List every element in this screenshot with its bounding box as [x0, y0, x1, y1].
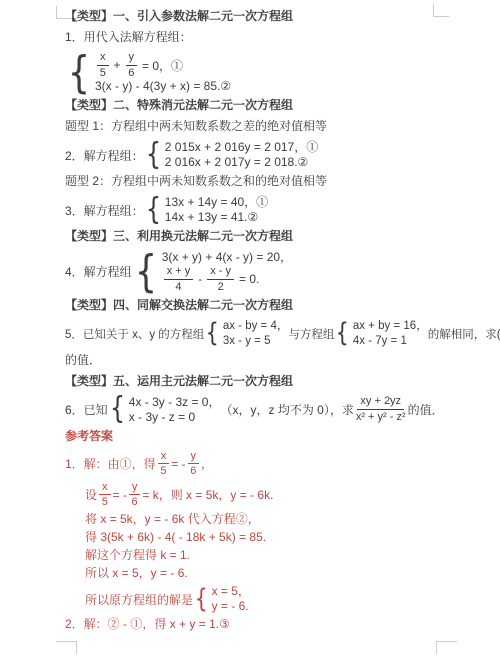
equation-tail: = 0，① [142, 57, 183, 74]
answer-1-line-7: 所以原方程组的解是 { x = 5， y = - 6. [85, 584, 488, 614]
question-3: 3．解方程组： { 13x + 14y = 40，① 14x + 13y = 4… [65, 195, 488, 225]
question-2-label: 2．解方程组： [65, 147, 144, 164]
fraction-numerator: y [129, 481, 141, 496]
subtype-1-label: 题型 1：方程组中两未知数系数之差的绝对值相等 [65, 119, 488, 134]
equation-line: 3(x + y) + 4(x - y) = 20， [162, 250, 292, 265]
question-5: 5．已知关于 x、y 的方程组 { ax - by = 4， 3x - y = … [65, 319, 488, 349]
answer-1-line-2: 设 x 5 = - y 6 = k，则 x = 5k，y = - 6k. [85, 481, 488, 509]
fraction-denominator: x² + y² - z² [356, 410, 406, 424]
equation-line: 13x + 14y = 40，① [165, 195, 268, 210]
type-5-heading: 【类型】五、运用主元法解二元一次方程组 [65, 374, 488, 389]
fraction: x + y 4 [164, 265, 194, 293]
fraction: y 6 [129, 481, 141, 509]
system-brace: { [206, 321, 219, 346]
question-3-label: 3．解方程组： [65, 202, 144, 219]
answer-1-line-6: 所以 x = 5，y = - 6. [85, 566, 488, 580]
fraction-denominator: 5 [160, 464, 166, 478]
equation-system: { 13x + 14y = 40，① 14x + 13y = 41.② [144, 195, 269, 225]
equation-line: x + y 4 - x - y 2 = 0. [162, 265, 292, 293]
question-5-intro: 5．已知关于 x、y 的方程组 [65, 326, 204, 342]
equation-system: { ax + by = 16， 4x - 7y = 1 [334, 319, 427, 349]
margin-crop-mark-bottom-left [56, 641, 77, 654]
answer-1-line-4: 得 3(5k + 6k) - 4( - 18k + 5k) = 85. [85, 530, 488, 544]
question-2: 2．解方程组： { 2 015x + 2 016y = 2 017，① 2 01… [65, 140, 488, 170]
fraction-numerator: xy + 2yz [357, 395, 404, 410]
question-6: 6．已知 { 4x - 3y - 3z = 0， x - 3y - z = 0 … [65, 395, 488, 425]
question-6-condition-text: （x，y，z 均不为 0），求 [220, 401, 353, 418]
equation-line: 2 015x + 2 016y = 2 017，① [165, 140, 318, 155]
system-brace: { [195, 587, 208, 612]
answer-text: 所以原方程组的解是 [85, 591, 193, 608]
document-content: 【类型】一、引入参数法解二元一次方程组 1．用代入法解方程组： { x 5 + … [65, 9, 488, 635]
equation-line: 3(x - y) - 4(3y + x) = 85.② [95, 79, 231, 94]
equation-line: 3x - y = 5 [223, 334, 289, 349]
equation-line: x - 3y - z = 0 [129, 410, 221, 425]
type-4-heading: 【类型】四、同解交换法解二元一次方程组 [65, 298, 488, 313]
answer-text: 设 [85, 486, 97, 503]
answer-text: ， [201, 455, 213, 472]
question-1-equation-system: { x 5 + y 6 = 0，① 3(x - y) [65, 51, 488, 94]
system-brace: { [68, 52, 90, 94]
fraction: x 5 [158, 450, 170, 478]
system-brace: { [336, 321, 349, 346]
system-brace: { [146, 196, 161, 225]
equation-line: y = - 6. [212, 599, 250, 614]
answer-text: 1．解：由①，得 [65, 455, 156, 472]
fraction: y 6 [126, 51, 138, 79]
answer-1-line-1: 1．解：由①，得 x 5 = - y 6 ， [65, 450, 488, 478]
fraction-numerator: x [99, 481, 111, 496]
question-4: 4．解方程组 { 3(x + y) + 4(x - y) = 20， x + y… [65, 250, 488, 293]
equation-line: 14x + 13y = 41.② [165, 210, 268, 225]
answer-text: = - [113, 488, 127, 502]
equation-line: 4x - 3y - 3z = 0， [129, 395, 221, 410]
fraction-numerator: x - y [207, 265, 234, 280]
minus-operator: - [198, 272, 202, 286]
fraction-numerator: x + y [164, 265, 194, 280]
equation-line: x 5 + y 6 = 0，① [95, 51, 231, 79]
fraction-numerator: y [188, 450, 200, 465]
system-brace: { [146, 141, 161, 170]
margin-crop-mark-bottom-right [436, 641, 457, 654]
answers-heading: 参考答案 [65, 429, 488, 444]
fraction: x 5 [99, 481, 111, 509]
fraction-denominator: 5 [100, 66, 106, 80]
type-2-heading: 【类型】二、特殊消元法解二元一次方程组 [65, 98, 488, 113]
plus-operator: + [114, 58, 121, 72]
fraction: y 6 [188, 450, 200, 478]
equation-system: { x 5 + y 6 = 0，① 3(x - y) [65, 51, 231, 94]
answer-text: = - [171, 457, 185, 471]
fraction-denominator: 4 [175, 280, 181, 294]
fraction-denominator: 6 [128, 66, 134, 80]
type-3-heading: 【类型】三、利用换元法解二元一次方程组 [65, 229, 488, 244]
answer-1-line-3: 将 x = 5k，y = - 6k 代入方程②， [85, 512, 488, 526]
equation-system: { x = 5， y = - 6. [193, 584, 250, 614]
answer-2-line: 2．解：② - ①，得 x + y = 1.③ [65, 617, 488, 631]
system-brace: { [110, 395, 125, 424]
fraction-numerator: x [158, 450, 170, 465]
equation-system: { 2 015x + 2 016y = 2 017，① 2 016x + 2 0… [144, 140, 319, 170]
question-5-middle-text: 与方程组 [288, 326, 334, 342]
question-6-intro: 6．已知 [65, 401, 108, 418]
question-4-label: 4．解方程组 [65, 263, 132, 280]
system-brace: { [134, 251, 156, 293]
fraction: xy + 2yz x² + y² - z² [356, 395, 406, 423]
fraction-denominator: 6 [190, 464, 196, 478]
equation-system: { 4x - 3y - 3z = 0， x - 3y - z = 0 [108, 395, 221, 425]
answer-1-line-5: 解这个方程得 k = 1. [85, 548, 488, 562]
question-5-tail: 的值． [65, 353, 488, 368]
equation-tail: = 0. [239, 272, 259, 286]
fraction-numerator: x [97, 51, 109, 66]
type-1-heading: 【类型】一、引入参数法解二元一次方程组 [65, 9, 488, 24]
equation-system: { 3(x + y) + 4(x - y) = 20， x + y 4 - x … [132, 250, 292, 293]
equation-system: { ax - by = 4， 3x - y = 5 [204, 319, 288, 349]
fraction-numerator: y [126, 51, 138, 66]
equation-line: ax + by = 16， [353, 319, 428, 334]
answer-text: = k，则 x = 5k，y = - 6k. [142, 486, 273, 503]
subtype-2-label: 题型 2：方程组中两未知数系数之和的绝对值相等 [65, 174, 488, 189]
equation-line: 2 016x + 2 017y = 2 018.② [165, 155, 318, 170]
question-6-tail: 的值． [408, 401, 444, 418]
fraction-denominator: 2 [218, 280, 224, 294]
equation-line: ax - by = 4， [223, 319, 289, 334]
document-page: 【类型】一、引入参数法解二元一次方程组 1．用代入法解方程组： { x 5 + … [0, 0, 500, 659]
question-1-label: 1．用代入法解方程组： [65, 30, 488, 45]
fraction: x - y 2 [207, 265, 234, 293]
equation-line: 4x - 7y = 1 [353, 334, 428, 349]
fraction: x 5 [97, 51, 109, 79]
fraction-denominator: 5 [102, 495, 108, 509]
equation-line: x = 5， [212, 584, 250, 599]
question-5-ask-text: 的解相同，求(a - b) [428, 326, 500, 342]
fraction-denominator: 6 [132, 495, 138, 509]
